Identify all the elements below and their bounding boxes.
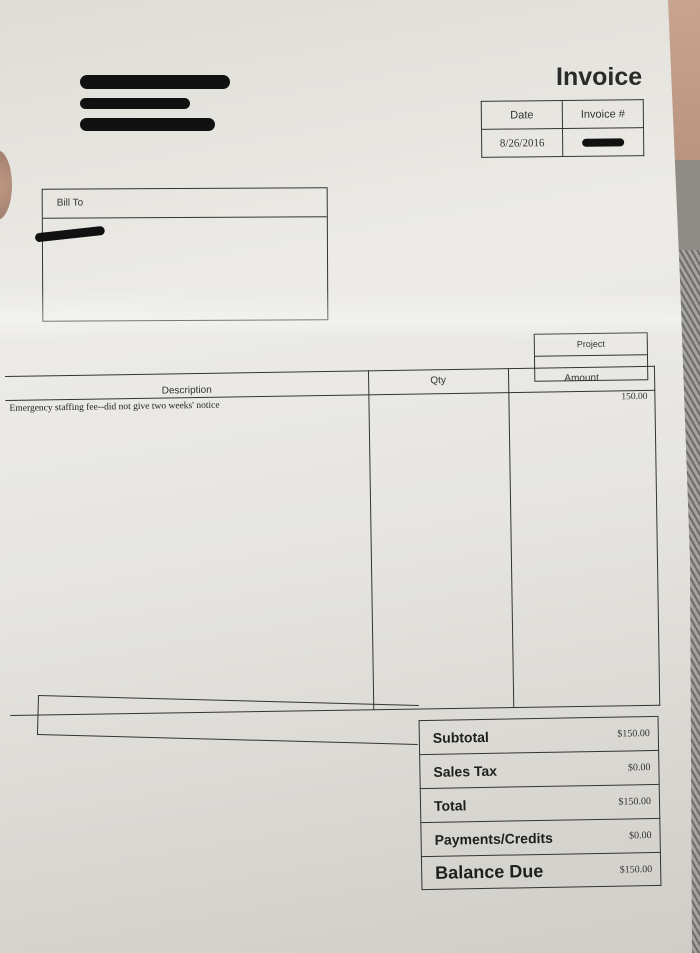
totals-table: Subtotal $150.00 Sales Tax $0.00 Total $… xyxy=(419,716,662,890)
invoice-meta-table: Date Invoice # 8/26/2016 xyxy=(481,99,645,158)
balance-due-label: Balance Due xyxy=(435,860,543,883)
line-items-table: Description Qty Amount Emergency staffin… xyxy=(5,366,660,716)
total-value: $150.00 xyxy=(618,796,651,808)
project-label: Project xyxy=(535,333,647,357)
sales-tax-label: Sales Tax xyxy=(433,762,497,779)
invoice-number-value xyxy=(563,128,644,157)
column-header-qty: Qty xyxy=(368,368,508,394)
company-block xyxy=(80,75,230,140)
redacted-address-line1 xyxy=(80,98,190,109)
bill-to-box: Bill To xyxy=(42,187,329,321)
date-value: 8/26/2016 xyxy=(482,129,563,158)
totals-row-sales-tax: Sales Tax $0.00 xyxy=(419,751,660,789)
date-label: Date xyxy=(481,101,562,130)
totals-row-total: Total $150.00 xyxy=(420,785,661,823)
redacted-company-name xyxy=(80,75,230,89)
totals-row-balance-due: Balance Due $150.00 xyxy=(421,853,662,890)
subtotal-value: $150.00 xyxy=(617,728,650,740)
redacted-invoice-number xyxy=(582,138,624,146)
subtotal-label: Subtotal xyxy=(433,728,489,745)
payments-credits-value: $0.00 xyxy=(629,830,652,841)
total-label: Total xyxy=(434,797,467,814)
sales-tax-value: $0.00 xyxy=(628,762,651,773)
item-amount: 150.00 xyxy=(621,392,647,402)
redacted-bill-to-name xyxy=(35,226,106,243)
invoice-paper: Invoice Date Invoice # 8/26/2016 Bill To… xyxy=(0,0,700,953)
column-header-amount: Amount xyxy=(508,366,655,392)
totals-row-subtotal: Subtotal $150.00 xyxy=(419,716,660,755)
redacted-address-line2 xyxy=(80,118,215,131)
payments-credits-label: Payments/Credits xyxy=(434,829,553,847)
invoice-number-label: Invoice # xyxy=(562,100,643,129)
bill-to-label: Bill To xyxy=(43,188,327,218)
table-frame xyxy=(5,366,660,716)
balance-due-value: $150.00 xyxy=(620,864,653,876)
totals-row-payments-credits: Payments/Credits $0.00 xyxy=(420,819,661,857)
invoice-title: Invoice xyxy=(556,63,642,92)
table-footer-strip xyxy=(37,695,419,745)
